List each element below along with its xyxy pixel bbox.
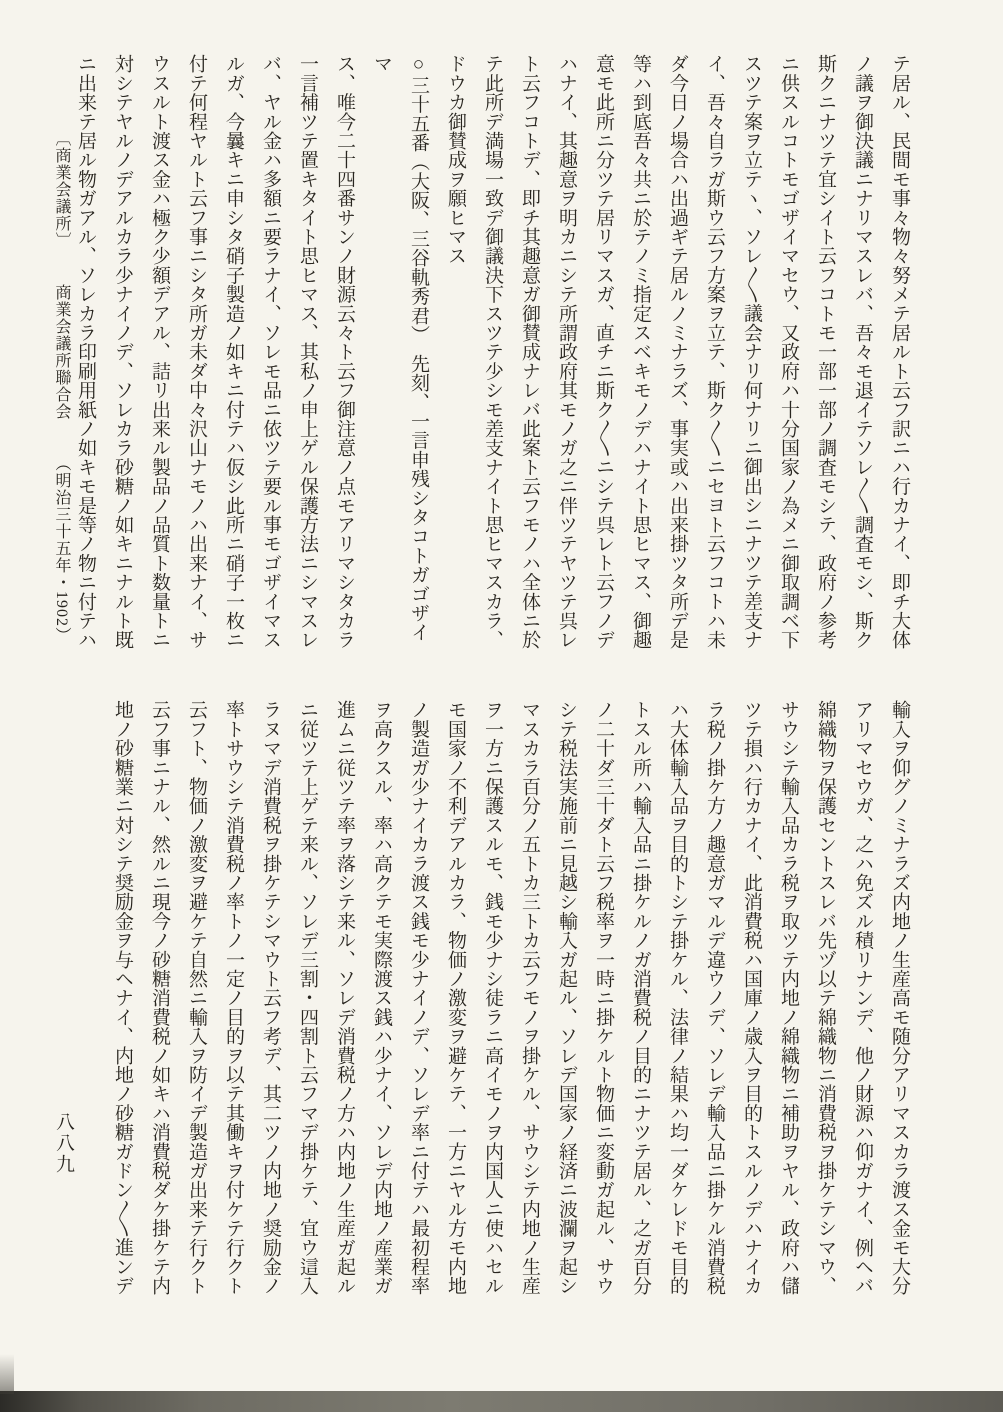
text-column: 云フ事ニナル、然ルニ現今ノ砂糖消費税ノ如キハ消費税ダケ掛ケテ内 (141, 700, 178, 1300)
text-column: トスル所ハ輸入品ニ掛ケルノガ消費税ノ目的ニナツテ居ル、之ガ百分 (622, 700, 659, 1300)
text-column: ラヌマデ消費税ヲ掛ケテシマウト云フ考デ、其二ツノ内地ノ奨励金ノ (252, 700, 289, 1300)
text-column: ルガ、今曩キニ申シタ硝子製造ノ如キニ付テハ仮シ此所ニ硝子一枚ニ (215, 54, 252, 654)
text-column: テ此所デ満場一致デ御議決下スツテ少シモ差支ナイト思ヒマスカラ、 (474, 54, 511, 654)
text-column: アリマセウガ、之ハ免ズル積リナンデ、他ノ財源ハ仰ガナイ、例ヘバ (844, 700, 881, 1300)
text-column: モ国家ノ不利デアルカラ、物価ノ激変ヲ避ケテ、一方ニヤル方モ内地 (437, 700, 474, 1300)
text-column: 対シテヤルノデアルカラ少ナイノデ、ソレカラ砂糖ノ如キニナルト既 (104, 54, 141, 654)
speaker-paragraph-start: ○三十五番（大阪、三谷軌秀君） 先刻、一言申残シタコトガゴザイマ (363, 54, 437, 654)
text-column: ハ大体輸入品ヲ目的トシテ掛ケル、法律ノ結果ハ均一ダケレドモ目的 (659, 700, 696, 1300)
text-column: 一言補ツテ置キタイト思ヒマス、其私ノ申上ゲル保護方法ニシマスレ (289, 54, 326, 654)
text-column: ハナイ、其趣意ヲ明カニシテ所謂政府其モノガ之ニ伴ツテヤツテ呉レ (548, 54, 585, 654)
scanned-page: 〔商業会議所〕 商業会議所聯合会 （明治三十五年・1902） テ居ル、民間モ事々… (0, 0, 1003, 1412)
text-column: 等ハ到底吾々共ニ於テノミ指定スベキモノデハナイト思ヒマス、御趣 (622, 54, 659, 654)
text-column: 斯クニナツテ宜シイト云フコトモ一部一部ノ調査モシテ、政府ノ参考 (807, 54, 844, 654)
text-column: ノ議ヲ御決議ニナリマスレバ、吾々モ退イテソレ〱調査モシ、斯ク (844, 54, 881, 654)
top-text-block: テ居ル、民間モ事々物々努メテ居ルト云フ訳ニハ行カナイ、即チ大体 ノ議ヲ御決議ニナ… (67, 54, 918, 658)
text-column: 進ムニ従ツテ率ヲ落シテ来ル、ソレデ消費税ノ方ハ内地ノ生産ガ起ル (326, 700, 363, 1300)
text-column: バ、ヤル金ハ多額ニ要ラナイ、ソレモ品ニ依ツテ要ル事モゴザイマス (252, 54, 289, 654)
text-column: ダ今日ノ場合ハ出過ギテ居ルノミナラズ、事実或ハ出来掛ツタ所デ是 (659, 54, 696, 654)
text-column: 輸入ヲ仰グノミナラズ内地ノ生産高モ随分アリマスカラ渡ス金モ大分 (881, 700, 918, 1300)
text-column: ツテ損ハ行カナイ、此消費税ハ国庫ノ歳入ヲ目的トスルノデハナイカ (733, 700, 770, 1300)
text-column: ドウカ御賛成ヲ願ヒマス (437, 54, 474, 654)
text-column: 付テ何程ヤルト云フ事ニシタ所ガ未ダ中々沢山ナモノハ出来ナイ、サ (178, 54, 215, 654)
text-column: ノ二十ダ三十ダト云フ税率ヲ一時ニ掛ケルト物価ニ変動ガ起ル、サウ (585, 700, 622, 1300)
text-column: ニ出来テ居ル物ガアル、ソレカラ印刷用紙ノ如キモ是等ノ物ニ付テハ (67, 54, 104, 654)
text-column: イ、吾々自ラガ斯ウ云フ方案ヲ立テ、斯ク〱ニセヨト云フコトハ未 (696, 54, 733, 654)
text-column: 地ノ砂糖業ニ対シテ奨励金ヲ与ヘナイ、内地ノ砂糖ガドン〱進ンデ (104, 700, 141, 1300)
text-column: 意モ此所ニ分ツテ居リマスガ、直チニ斯ク〱ニシテ呉レト云フノデ (585, 54, 622, 654)
text-column: サウシテ輸入品カラ税ヲ取ツテ内地ノ綿織物ニ補助ヲヤル、政府ハ儲 (770, 700, 807, 1300)
text-column: テ居ル、民間モ事々物々努メテ居ルト云フ訳ニハ行カナイ、即チ大体 (881, 54, 918, 654)
text-column: ノ製造ガ少ナイカラ渡ス銭モ少ナイノデ、ソレデ率ニ付テハ最初程率 (400, 700, 437, 1300)
text-column: ラ税ノ掛ケ方ノ趣意ガマルデ違ウノデ、ソレデ輸入品ニ掛ケル消費税 (696, 700, 733, 1300)
scan-edge-corner-shadow (0, 1354, 14, 1394)
text-column: マスカラ百分ノ五トカ三トカ云フモノヲ掛ケル、サウシテ内地ノ生産 (511, 700, 548, 1300)
page-number: 八八九 (50, 1112, 77, 1175)
text-column: 綿織物ヲ保護セントスレバ先ヅ以テ綿織物ニ消費税ヲ掛ケテシマウ、 (807, 700, 844, 1300)
bottom-text-block: 輸入ヲ仰グノミナラズ内地ノ生産高モ随分アリマスカラ渡ス金モ大分 アリマセウガ、之… (104, 700, 918, 1304)
text-column: ニ供スルコトモゴザイマセウ、又政府ハ十分国家ノ為メニ御取調ベ下 (770, 54, 807, 654)
text-column: ト云フコトデ、即チ其趣意ガ御賛成ナレバ此案ト云フモノハ全体ニ於 (511, 54, 548, 654)
text-column: 率トサウシテ消費税ノ率トノ一定ノ目的ヲ以テ其働キヲ付ケテ行クト (215, 700, 252, 1300)
scan-edge-artifact (0, 1391, 1003, 1412)
text-column: 云フト、物価ノ激変ヲ避ケテ自然ニ輸入ヲ防イデ製造ガ出来テ行クト (178, 700, 215, 1300)
text-column: スツテ案ヲ立テヽ、ソレ〱議会ナリ何ナリニ御出シニナツテ差支ナ (733, 54, 770, 654)
text-column: シテ税法実施前ニ見越シ輸入ガ起ル、ソレデ国家ノ経済ニ波瀾ヲ起シ (548, 700, 585, 1300)
text-column: ヲ高クスル、率ハ高クテモ実際渡ス銭ハ少ナイ、ソレデ内地ノ産業ガ (363, 700, 400, 1300)
text-column: ウスルト渡ス金ハ極ク少額デアル、詰リ出来ル製品ノ品質ト数量トニ (141, 54, 178, 654)
text-column: ニ従ツテ上ゲテ来ル、ソレデ三割・四割ト云フマデ掛ケテ、宜ウ這入 (289, 700, 326, 1300)
text-column: ス、唯今二十四番サンノ財源云々ト云フ御注意ノ点モアリマシタカラ (326, 54, 363, 654)
text-column: ヲ一方ニ保護スルモ、銭モ少ナシ徒ラニ高イモノヲ内国人ニ使ハセル (474, 700, 511, 1300)
